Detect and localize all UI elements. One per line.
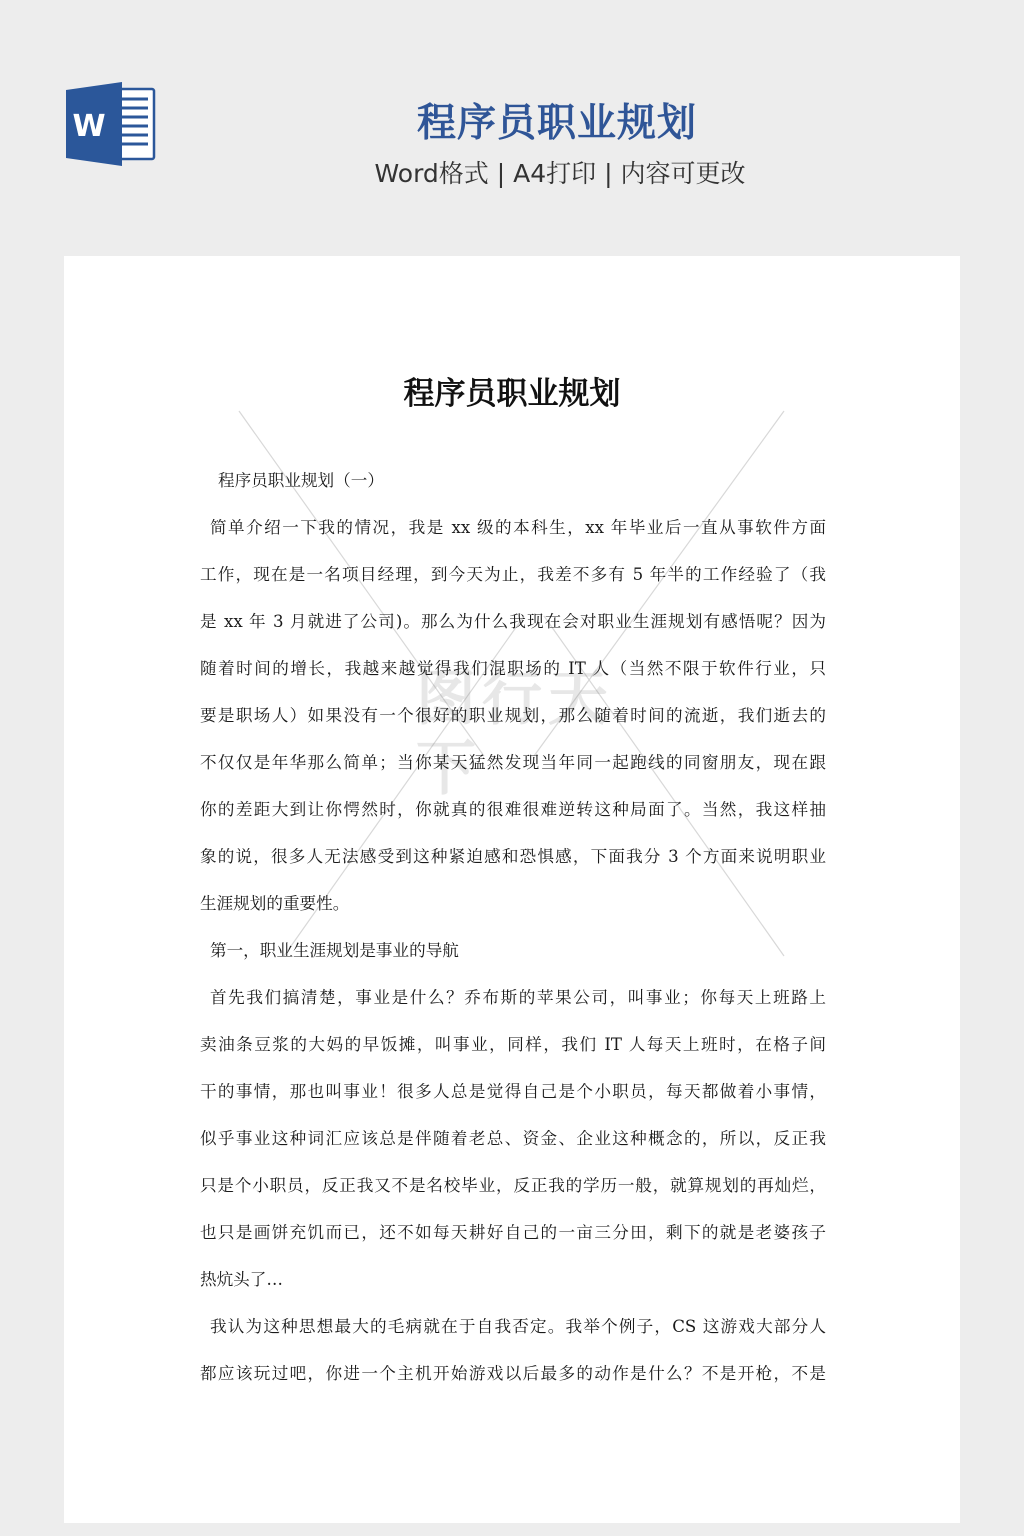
text-line: 只是个小职员，反正我又不是名校毕业，反正我的学历一般，就算规划的再灿烂， (200, 1168, 826, 1215)
header-title: 程序员职业规划 (320, 92, 794, 148)
document-page: 图行天下 程序员职业规划 程序员职业规划（一） 简单介绍一下我的情况，我是 xx… (64, 256, 960, 1523)
text-line: 不仅仅是年华那么简单；当你某天猛然发现当年同一起跑线的同窗朋友，现在跟 (200, 745, 826, 792)
text-line: 我认为这种思想最大的毛病就在于自我否定。我举个例子，CS 这游戏大部分人 (200, 1309, 826, 1356)
text-line: 你的差距大到让你愕然时，你就真的很难很难逆转这种局面了。当然，我这样抽 (200, 792, 826, 839)
text-line: 热炕头了… (200, 1262, 826, 1309)
section-heading: 程序员职业规划（一） (200, 463, 826, 510)
text-line: 象的说，很多人无法感受到这种紧迫感和恐惧感，下面我分 3 个方面来说明职业 (200, 839, 826, 886)
text-line: 是 xx 年 3 月就进了公司)。那么为什么我现在会对职业生涯规划有感悟呢？因为 (200, 604, 826, 651)
svg-text:W: W (72, 109, 105, 144)
text-line: 生涯规划的重要性。 (200, 886, 826, 933)
text-line: 简单介绍一下我的情况，我是 xx 级的本科生，xx 年毕业后一直从事软件方面 (200, 510, 826, 557)
header-subtitle: Word格式 | A4打印 | 内容可更改 (300, 154, 820, 190)
section-heading: 第一，职业生涯规划是事业的导航 (200, 933, 826, 980)
text-line: 也只是画饼充饥而已，还不如每天耕好自己的一亩三分田，剩下的就是老婆孩子 (200, 1215, 826, 1262)
word-icon: W (66, 82, 156, 166)
document-title: 程序员职业规划 (64, 368, 960, 413)
text-line: 卖油条豆浆的大妈的早饭摊，叫事业，同样，我们 IT 人每天上班时，在格子间 (200, 1027, 826, 1074)
text-line: 随着时间的增长，我越来越觉得我们混职场的 IT 人（当然不限于软件行业，只 (200, 651, 826, 698)
text-line: 工作，现在是一名项目经理，到今天为止，我差不多有 5 年半的工作经验了（我 (200, 557, 826, 604)
document-body: 程序员职业规划（一） 简单介绍一下我的情况，我是 xx 级的本科生，xx 年毕业… (200, 463, 826, 1403)
text-line: 首先我们搞清楚，事业是什么？乔布斯的苹果公司，叫事业；你每天上班路上 (200, 980, 826, 1027)
text-line: 似乎事业这种词汇应该总是伴随着老总、资金、企业这种概念的，所以，反正我 (200, 1121, 826, 1168)
text-line: 都应该玩过吧，你进一个主机开始游戏以后最多的动作是什么？不是开枪，不是 (200, 1356, 826, 1403)
text-line: 要是职场人）如果没有一个很好的职业规划，那么随着时间的流逝，我们逝去的 (200, 698, 826, 745)
text-line: 干的事情，那也叫事业！很多人总是觉得自己是个小职员，每天都做着小事情， (200, 1074, 826, 1121)
word-app-icon: W (66, 82, 156, 166)
